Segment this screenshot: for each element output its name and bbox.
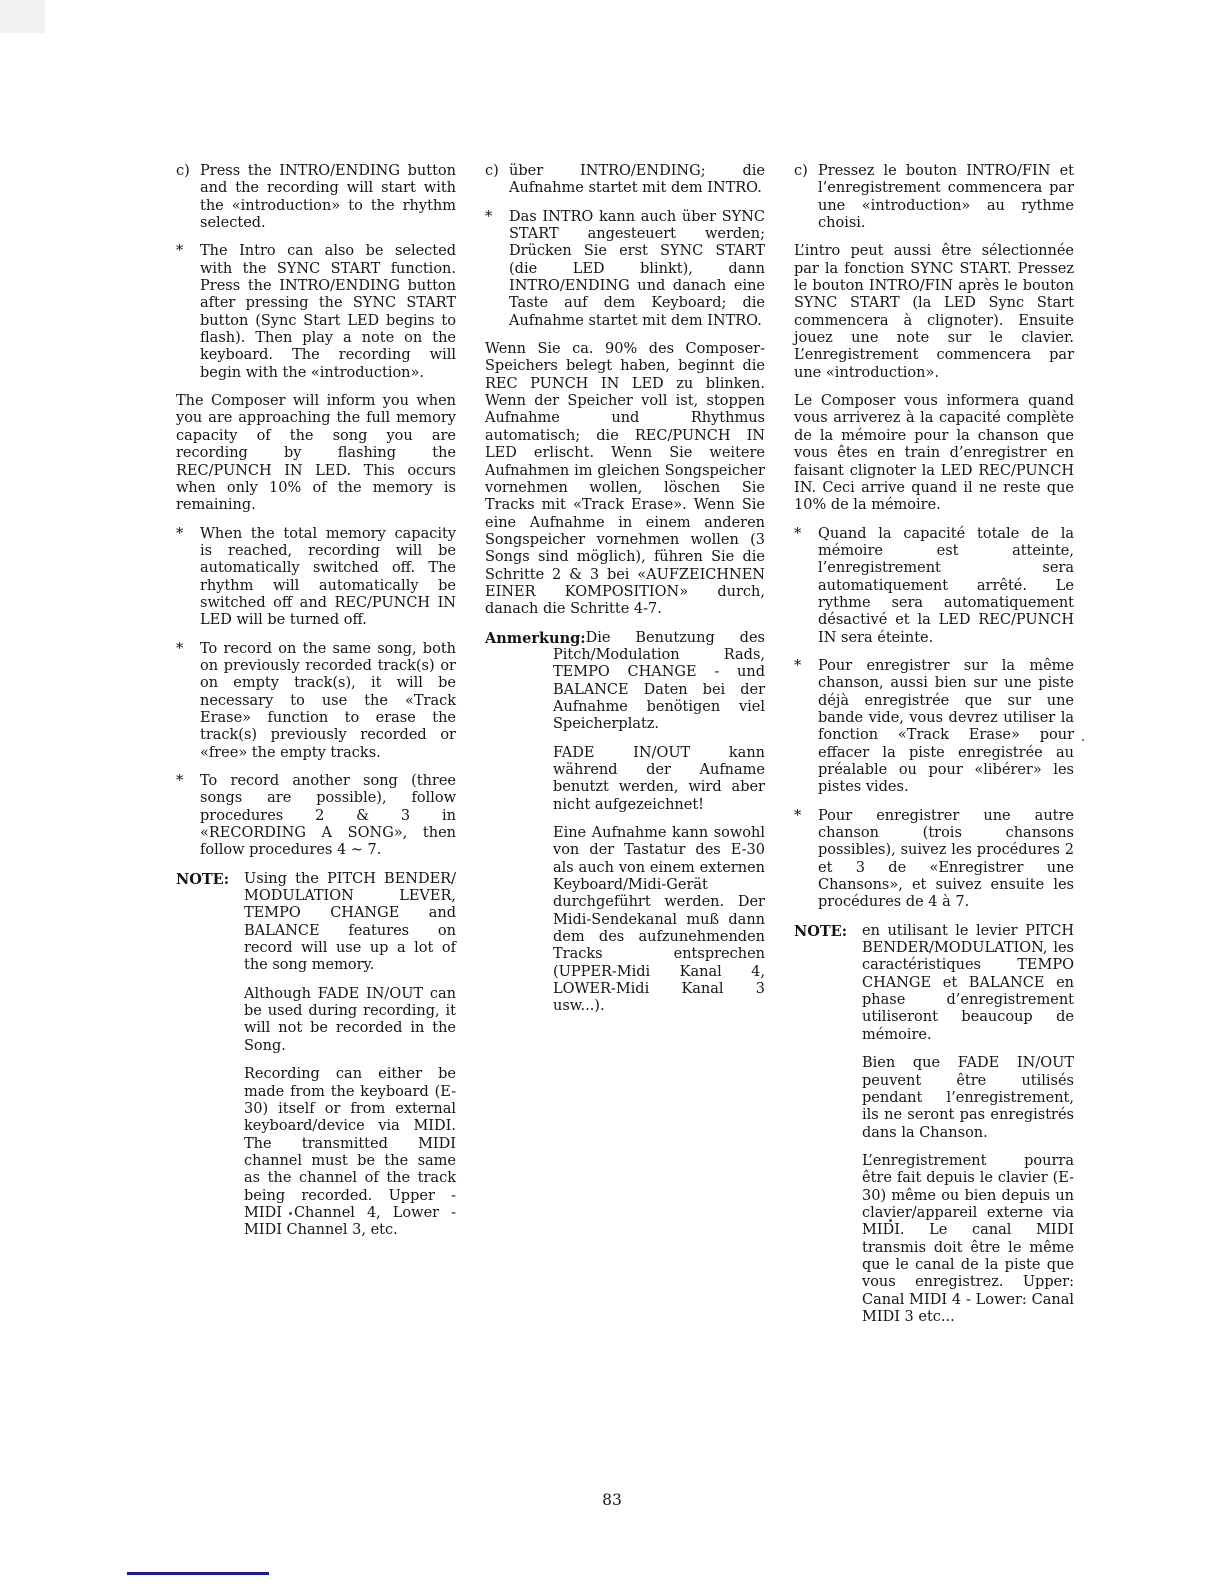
item-text: The Intro can also be selected with the … [200, 243, 456, 380]
item-text: To record on the same song, both on prev… [200, 641, 456, 761]
item-text: Quand la capacité totale de la mémoire e… [818, 526, 1074, 646]
page-number: 83 [0, 1491, 1224, 1509]
item-text: Pour enregistrer une autre chanson (troi… [818, 808, 1074, 911]
item-text: Pressez le bouton INTRO/FIN et l’enregis… [818, 163, 1074, 231]
note-paragraph: FADE IN/OUT kann während der Aufname ben… [553, 745, 765, 814]
note-paragraph: Using the PITCH BENDER/ MODULATION LEVER… [244, 871, 456, 975]
note-block: NOTE:Using the PITCH BENDER/ MODULATION … [176, 871, 456, 1240]
paragraph: L’intro peut aussi être sélectionnée par… [794, 243, 1074, 382]
item-text: Press the INTRO/ENDING button and the re… [200, 163, 456, 231]
item-marker: c) [176, 163, 190, 180]
note-block: Anmerkung:Die Benutzung des Pitch/Modula… [485, 630, 765, 1016]
column-german: c)über INTRO/ENDING; die Aufnahme starte… [485, 163, 765, 1337]
item-marker: * [794, 526, 801, 543]
note-label: Anmerkung: [485, 630, 586, 647]
footer-rule [127, 1572, 269, 1575]
item-marker: * [485, 209, 492, 226]
item-text: To record another song (three songs are … [200, 773, 456, 858]
item-marker: * [176, 773, 183, 790]
item-marker: * [176, 641, 183, 658]
note-paragraph: Recording can either be made from the ke… [244, 1066, 456, 1239]
bullet-item: *Pour enregistrer une autre chanson (tro… [794, 808, 1074, 912]
bullet-item: *When the total memory capacity is reach… [176, 526, 456, 630]
item-marker: * [176, 243, 183, 260]
column-english: c)Press the INTRO/ENDING button and the … [176, 163, 456, 1337]
note-paragraph: Bien que FADE IN/OUT peuvent être utilis… [862, 1055, 1074, 1142]
item-text: Pour enregistrer sur la même chanson, au… [818, 658, 1074, 795]
note-paragraph: Although FADE IN/OUT can be used during … [244, 986, 456, 1055]
bullet-item: *Pour enregistrer sur la même chanson, a… [794, 658, 1074, 797]
scan-speck [289, 1212, 292, 1215]
scan-corner-artifact [0, 0, 45, 33]
column-french: c)Pressez le bouton INTRO/FIN et l’enreg… [794, 163, 1074, 1337]
bullet-item: *Quand la capacité totale de la mémoire … [794, 526, 1074, 647]
paragraph: Wenn Sie ca. 90% des Composer-Speichers … [485, 341, 765, 619]
lettered-item: c)Press the INTRO/ENDING button and the … [176, 163, 456, 232]
bullet-item: *Das INTRO kann auch über SYNC START ang… [485, 209, 765, 330]
item-text: When the total memory capacity is reache… [200, 526, 456, 629]
item-marker: * [794, 808, 801, 825]
note-paragraph: L’enregistrement pourra être fait depuis… [862, 1153, 1074, 1326]
paragraph: Le Composer vous informera quand vous ar… [794, 393, 1074, 514]
lettered-item: c)über INTRO/ENDING; die Aufnahme starte… [485, 163, 765, 198]
note-paragraph: en utilisant le levier PITCH BENDER/MODU… [862, 923, 1074, 1044]
lettered-item: c)Pressez le bouton INTRO/FIN et l’enreg… [794, 163, 1074, 232]
item-marker: * [794, 658, 801, 675]
note-label: NOTE: [176, 871, 229, 888]
bullet-item: *To record on the same song, both on pre… [176, 641, 456, 762]
note-block: NOTE:en utilisant le levier PITCH BENDER… [794, 923, 1074, 1327]
scan-speck [889, 1219, 892, 1222]
item-marker: * [176, 526, 183, 543]
bullet-item: *To record another song (three songs are… [176, 773, 456, 860]
note-label: NOTE: [794, 923, 847, 940]
manual-page: c)Press the INTRO/ENDING button and the … [0, 0, 1224, 1584]
bullet-item: *The Intro can also be selected with the… [176, 243, 456, 382]
item-marker: c) [485, 163, 499, 180]
item-marker: c) [794, 163, 808, 180]
scan-speck [1082, 739, 1084, 741]
item-text: Das INTRO kann auch über SYNC START ange… [509, 209, 765, 329]
item-text: über INTRO/ENDING; die Aufnahme startet … [509, 163, 765, 196]
note-paragraph: Eine Aufnahme kann sowohl von der Tastat… [553, 825, 765, 1016]
content: c)Press the INTRO/ENDING button and the … [176, 163, 1075, 1337]
paragraph: The Composer will inform you when you ar… [176, 393, 456, 514]
